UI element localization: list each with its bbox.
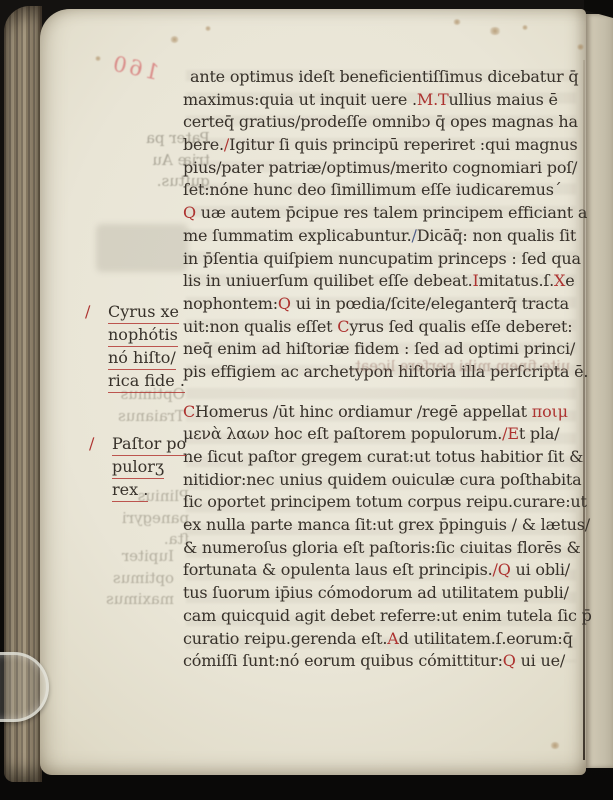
text-line: ex nulla parte manca ſit:ut grex p̄pingu… bbox=[183, 514, 583, 537]
text-line: CHomerus /ūt hinc ordiamur /regē appella… bbox=[183, 401, 583, 424]
paraph-mark: ∕ bbox=[85, 300, 90, 323]
showthrough-line: Iupiter bbox=[106, 546, 174, 568]
text-line: neq̄ enim ad hiſtoriæ fidem : ſed ad opt… bbox=[183, 338, 583, 361]
margin-note-line: rica fide . bbox=[108, 369, 185, 392]
showthrough-line: optimus bbox=[106, 568, 174, 590]
text-line: Q uæ autem p̄cipue res talem principem e… bbox=[183, 202, 583, 225]
text-line: ſet:nóne hunc deo ſimillimum eſſe iudica… bbox=[183, 179, 583, 202]
text-line: lis in uniuerſum quilibet eſſe debeat.Im… bbox=[183, 270, 583, 293]
showthrough-line: Traianus bbox=[118, 406, 185, 428]
facing-leaf-edge bbox=[586, 14, 613, 768]
text-line: tus ſuorum ip̄ius cómodorum ad utilitate… bbox=[183, 582, 583, 605]
text-line: ne ſicut paſtor gregem curat:ut totus ha… bbox=[183, 446, 583, 469]
page-crease bbox=[583, 60, 585, 760]
showthrough-line: panegyri bbox=[122, 508, 189, 530]
text-line: ſic oportet principem totum corpus reipu… bbox=[183, 491, 583, 514]
showthrough-text-line: uite finem mihi perfere liceat. bbox=[318, 359, 570, 375]
text-line: nophontem:Q ui in pœdia/ſcite/eleganterq… bbox=[183, 293, 583, 316]
margin-note-line: rex . bbox=[112, 478, 186, 501]
text-line: ante optimus ideſt beneficientiſſimus di… bbox=[183, 66, 583, 89]
foxing-spot bbox=[577, 44, 584, 50]
text-line: μενὰ λαων hoc eſt paſtorem populorum.∕Et… bbox=[183, 423, 583, 446]
text-line: in p̄ſentia quiſpiem nuncupatim princeps… bbox=[183, 248, 583, 271]
foxing-spot bbox=[522, 25, 528, 30]
margin-note-line: ∕Cyrus xe bbox=[108, 300, 185, 323]
text-line: bere.∕Igitur ſi quis principū reperiret … bbox=[183, 134, 583, 157]
showthrough-line: maximus bbox=[106, 589, 174, 611]
foxing-spot bbox=[95, 56, 101, 61]
foxing-spot bbox=[489, 27, 501, 35]
text-line: cómiſſi ſunt:nó eorum quibus cómittitur:… bbox=[183, 650, 583, 673]
text-line: curatio reipu.gerenda eſt.Ad utilitatem.… bbox=[183, 628, 583, 651]
text-line: certeq̄ gratius/prodeſſe omnibɔ q̄ opes … bbox=[183, 111, 583, 134]
text-line: uit:non qualis eſſet Cyrus ſed qualis eſ… bbox=[183, 316, 583, 339]
showthrough-note: Iupiteroptimusmaximus bbox=[106, 546, 174, 611]
foxing-spot bbox=[205, 26, 211, 31]
text-line: cam quicquid agit debet referre:ut enim … bbox=[183, 605, 583, 628]
showthrough-smudge bbox=[96, 224, 188, 272]
margin-note-cyrus: ∕Cyrus xenophótisnó hiſto/rica fide . bbox=[108, 300, 185, 392]
text-line: nitidior:nec unius quidem ouiculæ cura p… bbox=[183, 469, 583, 492]
text-line: & numeroſus gloria eſt paſtoris:ſic ciui… bbox=[183, 537, 583, 560]
margin-note-line: ∕Paſtor po bbox=[112, 432, 186, 455]
text-line: me ſummatim explicabuntur.∕Dicāq̄: non q… bbox=[183, 225, 583, 248]
foxing-spot bbox=[170, 36, 179, 43]
book-photograph: 160 Pater patriæ Auguſtus. OptimusTraian… bbox=[0, 0, 613, 800]
text-line: pius/pater patriæ/optimus/merito cognomi… bbox=[183, 157, 583, 180]
paraph-mark: ∕ bbox=[89, 432, 94, 455]
margin-note-line: pulorʒ bbox=[112, 455, 186, 478]
text-line: fortunata & opulenta laus eſt principis.… bbox=[183, 559, 583, 582]
margin-note-pastor: ∕Paſtor populorʒrex . bbox=[112, 432, 186, 501]
margin-note-line: nophótis bbox=[108, 323, 185, 346]
margin-note-line: nó hiſto/ bbox=[108, 346, 185, 369]
text-line: maximus:quia ut inquit uere .M.Tullius m… bbox=[183, 89, 583, 112]
foxing-spot bbox=[550, 742, 560, 749]
foxing-spot bbox=[453, 19, 461, 25]
